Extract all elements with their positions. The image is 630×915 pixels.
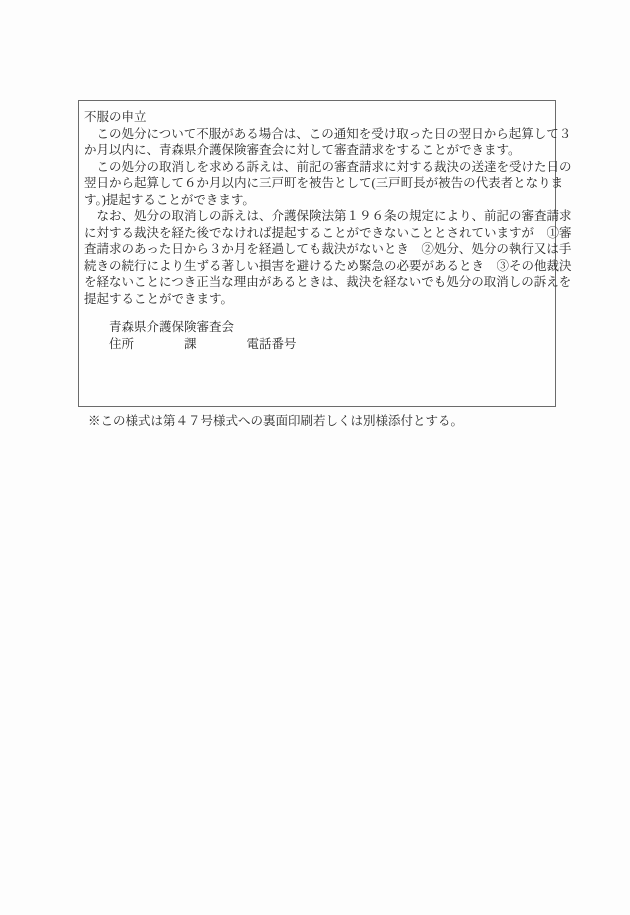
- form-footnote: ※この様式は第４７号様式への裏面印刷若しくは別様添付とする。: [88, 413, 463, 430]
- notice-line: 提起することができます。: [84, 291, 551, 308]
- document-page: 不服の申立 この処分について不服がある場合は、この通知を受け取った日の翌日から起…: [0, 0, 630, 915]
- committee-contact-block: 青森県介護保険審査会 住所 課 電話番号: [84, 319, 551, 353]
- notice-line: 査請求のあった日から３か月を経過しても裁決がないとき ②処分、処分の執行又は手: [84, 241, 551, 258]
- notice-line: 続きの続行により生ずる著しい損害を避けるため緊急の必要があるとき ③その他裁決: [84, 258, 551, 275]
- notice-line: に対する裁決を経た後でなければ提起することができないこととされていますが ①審: [84, 225, 551, 242]
- notice-line: す。)提起することができます。: [84, 192, 551, 209]
- committee-name: 青森県介護保険審査会: [84, 319, 551, 336]
- notice-line: この処分について不服がある場合は、この通知を受け取った日の翌日から起算して３: [84, 126, 551, 143]
- notice-line: か月以内に、青森県介護保険審査会に対して審査請求をすることができます。: [84, 142, 551, 159]
- notice-line: この処分の取消しを求める訴えは、前記の審査請求に対する裁決の送達を受けた日の: [84, 159, 551, 176]
- notice-line: 翌日から起算して６か月以内に三戸町を被告として(三戸町長が被告の代表者となりま: [84, 175, 551, 192]
- appeal-notice-text: 不服の申立 この処分について不服がある場合は、この通知を受け取った日の翌日から起…: [79, 101, 555, 353]
- committee-contact-line: 住所 課 電話番号: [84, 336, 551, 353]
- notice-title: 不服の申立: [84, 109, 551, 126]
- notice-line: なお、処分の取消しの訴えは、介護保険法第１９６条の規定により、前記の審査請求: [84, 208, 551, 225]
- notice-line: を経ないことにつき正当な理由があるときは、裁決を経ないでも処分の取消しの訴えを: [84, 274, 551, 291]
- appeal-notice-box: 不服の申立 この処分について不服がある場合は、この通知を受け取った日の翌日から起…: [78, 100, 556, 407]
